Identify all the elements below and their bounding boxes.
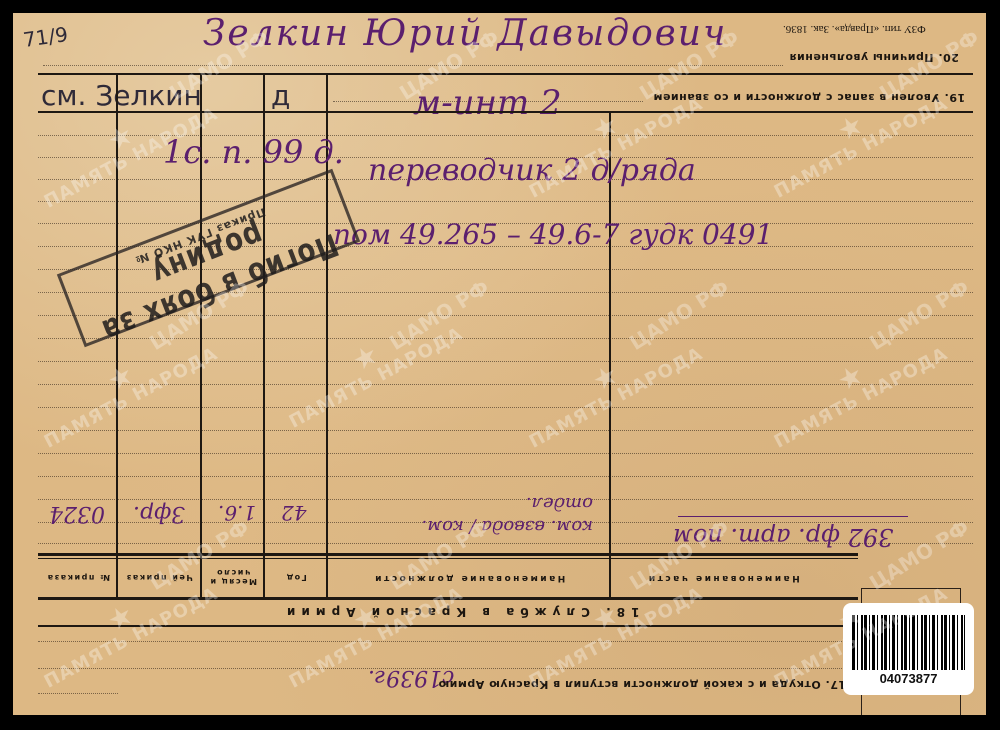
rule (38, 553, 858, 556)
watermark: ★ ПАМЯТЬ НАРОДА (274, 300, 466, 431)
note-line-1: 1с. п. 99 д. (163, 133, 344, 171)
section-20-dotline (43, 65, 783, 66)
col-header-month-day: Месяц и число (205, 568, 261, 586)
note-line-3: пом 49.265 – 49.6-7 гудк 0491 (333, 218, 773, 251)
cell-unit: 392 фр. арт. пом (673, 523, 893, 551)
section-19-label: 19. Уволен в запас с должности и со зван… (653, 91, 965, 104)
barcode-label: 04073877 (843, 603, 974, 695)
archive-id: 71/9 (22, 22, 70, 52)
col-header-year: Год (268, 573, 324, 582)
rule (38, 625, 858, 627)
section-17-label: 17. Откуда и с какой должности вступил в… (438, 678, 846, 691)
note-line-2: переводчик 2 д/ряда (368, 153, 696, 188)
killed-in-action-stamp: Приказ ГУК НКО № Погиб в боях за родину (57, 169, 360, 348)
watermark: ★ ПАМЯТЬ НАРОДА (759, 320, 951, 451)
printer-note: ФЗУ тип. «Правда». Зак. 1836. (783, 23, 926, 35)
cell-month-day: 1.6. (218, 501, 256, 525)
section-20-label: 20. Причины увольнения (789, 51, 959, 64)
barcode-icon (852, 615, 965, 670)
cell-order-by: Зфр. (133, 501, 185, 526)
cross-reference-suffix: д (271, 79, 290, 112)
rule (38, 73, 973, 75)
section-20-value: Зелкин Юрий Давыдович (203, 13, 727, 54)
cell-order-no: 0324 (49, 501, 105, 526)
cross-reference: см. Зелкин (41, 79, 202, 112)
star-icon: ★ (759, 70, 943, 186)
star-icon: ★ (274, 300, 458, 416)
cell-position: ком. взвода / ком. отдел. (393, 491, 593, 538)
section-18-label: 18. Служба в Красной Армии (281, 605, 639, 619)
personnel-card: 71/9 ФЗУ тип. «Правда». Зак. 1836. 20. П… (13, 13, 986, 715)
rule (38, 558, 858, 559)
stamp-main-text: Погиб в боях за родину (73, 188, 354, 353)
col-header-unit: Наименование части (613, 573, 833, 583)
col-header-position: Наименование должности (331, 573, 607, 583)
cell-year: 42 (281, 501, 306, 525)
rule (38, 597, 858, 600)
col-header-order-no: № приказа (43, 573, 113, 582)
barcode-number: 04073877 (843, 671, 974, 686)
rule (38, 111, 973, 113)
watermark: ★ ПАМЯТЬ НАРОДА (759, 70, 951, 201)
ink-strike (678, 516, 908, 517)
col-header-order-by: Чей приказ (121, 573, 197, 582)
section-19-value: м-инт 2 (413, 83, 562, 123)
